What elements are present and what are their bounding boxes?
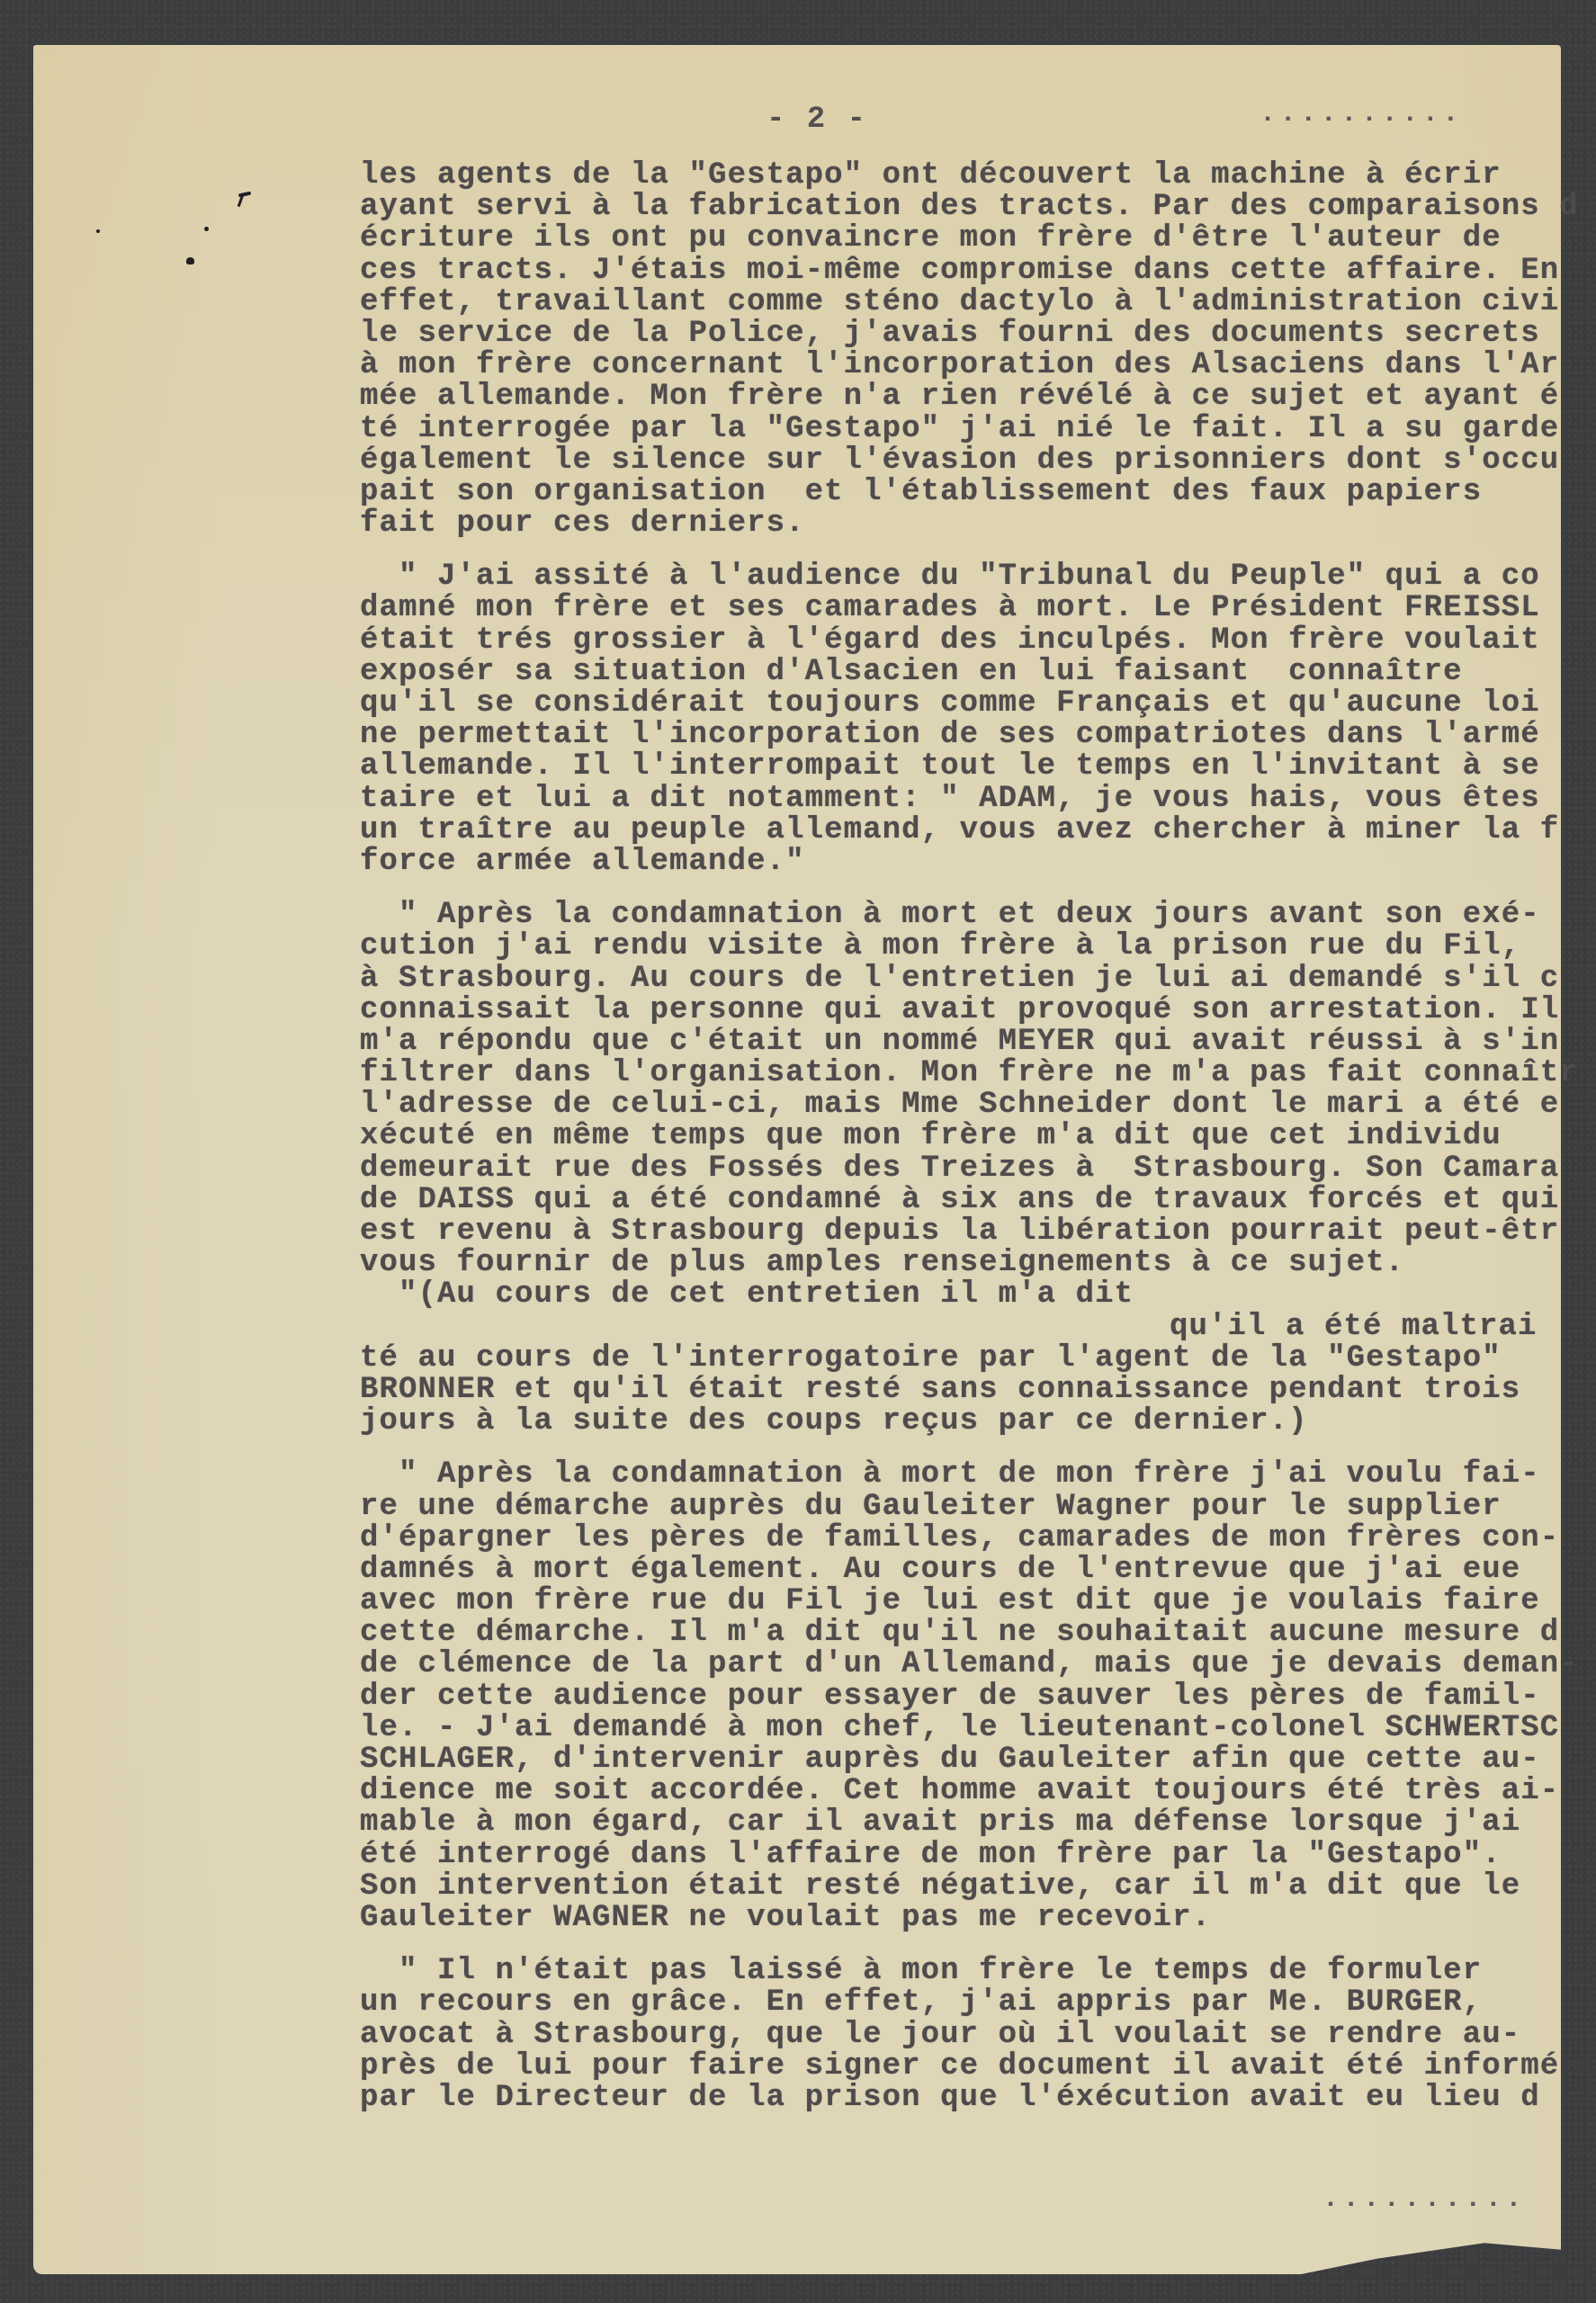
text-line-indented: qu'il a été maltrai <box>360 1312 1547 1343</box>
text-line: été interrogé dans l'affaire de mon frèr… <box>360 1840 1547 1871</box>
text-line: un traître au peuple allemand, vous avez… <box>360 815 1547 847</box>
punch-hole-mark <box>204 227 209 231</box>
text-line: était trés grossier à l'égard des inculp… <box>360 625 1547 657</box>
text-line: par le Directeur de la prison que l'éxéc… <box>360 2083 1547 2114</box>
text-line: SCHLAGER, d'intervenir auprès du Gauleit… <box>360 1744 1547 1776</box>
text-line: ne permettait l'incorporation de ses com… <box>360 720 1547 751</box>
paragraph-4: " Après la condamnation à mort de mon fr… <box>360 1459 1547 1934</box>
text-line: à mon frère concernant l'incorporation d… <box>360 350 1547 381</box>
text-line: demeurait rue des Fossés des Treizes à S… <box>360 1153 1547 1185</box>
text-line: force armée allemande." <box>360 847 1547 878</box>
text-line: der cette audience pour essayer de sauve… <box>360 1681 1547 1713</box>
text-line: jours à la suite des coups reçus par ce … <box>360 1406 1547 1438</box>
text-line: " J'ai assité à l'audience du "Tribunal … <box>360 561 1547 593</box>
text-line: exposér sa situation d'Alsacien en lui f… <box>360 657 1547 688</box>
text-line: est revenu à Strasbourg depuis la libéra… <box>360 1216 1547 1248</box>
text-line: re une démarche auprès du Gauleiter Wagn… <box>360 1492 1547 1523</box>
text-line: Son intervention était resté négative, c… <box>360 1871 1547 1903</box>
text-line: connaissait la personne qui avait provoq… <box>360 995 1547 1026</box>
paragraph-gap <box>360 1934 1547 1956</box>
text-line: de clémence de la part d'un Allemand, ma… <box>360 1649 1547 1680</box>
text-line: mable à mon égard, car il avait pris ma … <box>360 1807 1547 1839</box>
text-line: mée allemande. Mon frère n'a rien révélé… <box>360 381 1547 413</box>
typed-body: les agents de la "Gestapo" ont découvert… <box>360 160 1547 2114</box>
text-line: dience me soit accordée. Cet homme avait… <box>360 1776 1547 1807</box>
text-line: cette démarche. Il m'a dit qu'il ne souh… <box>360 1617 1547 1649</box>
text-line: Gauleiter WAGNER ne voulait pas me recev… <box>360 1903 1547 1934</box>
text-line: également le silence sur l'évasion des p… <box>360 445 1547 477</box>
paragraph-gap <box>360 1438 1547 1459</box>
text-line: m'a répondu que c'était un nommé MEYER q… <box>360 1026 1547 1058</box>
text-line: le. - J'ai demandé à mon chef, le lieute… <box>360 1713 1547 1744</box>
paragraph-5: " Il n'était pas laissé à mon frère le t… <box>360 1956 1547 2114</box>
text-line: damné mon frère et ses camarades à mort.… <box>360 593 1547 624</box>
text-line: les agents de la "Gestapo" ont découvert… <box>360 160 1547 192</box>
text-line: xécuté en même temps que mon frère m'a d… <box>360 1121 1547 1152</box>
speck-mark <box>96 229 100 233</box>
text-line: "(Au cours de cet entretien il m'a dit <box>360 1279 1547 1311</box>
text-line: à Strasbourg. Au cours de l'entretien je… <box>360 963 1547 995</box>
paragraph-gap <box>360 540 1547 561</box>
text-line: té au cours de l'interrogatoire par l'ag… <box>360 1343 1547 1375</box>
text-line: le service de la Police, j'avais fourni … <box>360 318 1547 350</box>
text-line: allemande. Il l'interrompait tout le tem… <box>360 751 1547 783</box>
paragraph-gap <box>360 878 1547 900</box>
footer-continuation-dots: .......... <box>1323 2184 1526 2215</box>
text-line: d'épargner les pères de familles, camara… <box>360 1523 1547 1555</box>
text-line: " Il n'était pas laissé à mon frère le t… <box>360 1956 1547 1987</box>
text-line: cution j'ai rendu visite à mon frère à l… <box>360 931 1547 963</box>
text-line: vous fournir de plus amples renseignemen… <box>360 1248 1547 1279</box>
text-line: ces tracts. J'étais moi-même compromise … <box>360 255 1547 287</box>
text-line: taire et lui a dit notamment: " ADAM, je… <box>360 784 1547 815</box>
text-line: " Après la condamnation à mort de mon fr… <box>360 1459 1547 1491</box>
page-number: - 2 - <box>767 103 867 137</box>
text-line: filtrer dans l'organisation. Mon frère n… <box>360 1058 1547 1089</box>
header-continuation-dots: .......... <box>1260 99 1463 130</box>
text-line: damnés à mort également. Au cours de l'e… <box>360 1555 1547 1586</box>
text-line: BRONNER et qu'il était resté sans connai… <box>360 1375 1547 1406</box>
paragraph-2: " J'ai assité à l'audience du "Tribunal … <box>360 561 1547 878</box>
text-line: qu'il se considérait toujours comme Fran… <box>360 688 1547 720</box>
paragraph-3: " Après la condamnation à mort et deux j… <box>360 900 1547 1438</box>
text-line: près de lui pour faire signer ce documen… <box>360 2051 1547 2083</box>
text-line: de DAISS qui a été condamné à six ans de… <box>360 1185 1547 1216</box>
text-line: té interrogée par la "Gestapo" j'ai nié … <box>360 414 1547 445</box>
text-line: pait son organisation et l'établissement… <box>360 477 1547 508</box>
punch-hole-mark <box>186 257 194 264</box>
paragraph-1: les agents de la "Gestapo" ont découvert… <box>360 160 1547 540</box>
text-line: " Après la condamnation à mort et deux j… <box>360 900 1547 931</box>
text-line: effet, travaillant comme sténo dactylo à… <box>360 287 1547 318</box>
text-line: avec mon frère rue du Fil je lui est dit… <box>360 1586 1547 1617</box>
text-line: avocat à Strasbourg, que le jour où il v… <box>360 2020 1547 2051</box>
text-line: écriture ils ont pu convaincre mon frère… <box>360 223 1547 255</box>
text-line: un recours en grâce. En effet, j'ai appr… <box>360 1987 1547 2019</box>
text-line: ayant servi à la fabrication des tracts.… <box>360 192 1547 223</box>
text-line: fait pour ces derniers. <box>360 508 1547 540</box>
text-line: l'adresse de celui-ci, mais Mme Schneide… <box>360 1089 1547 1121</box>
